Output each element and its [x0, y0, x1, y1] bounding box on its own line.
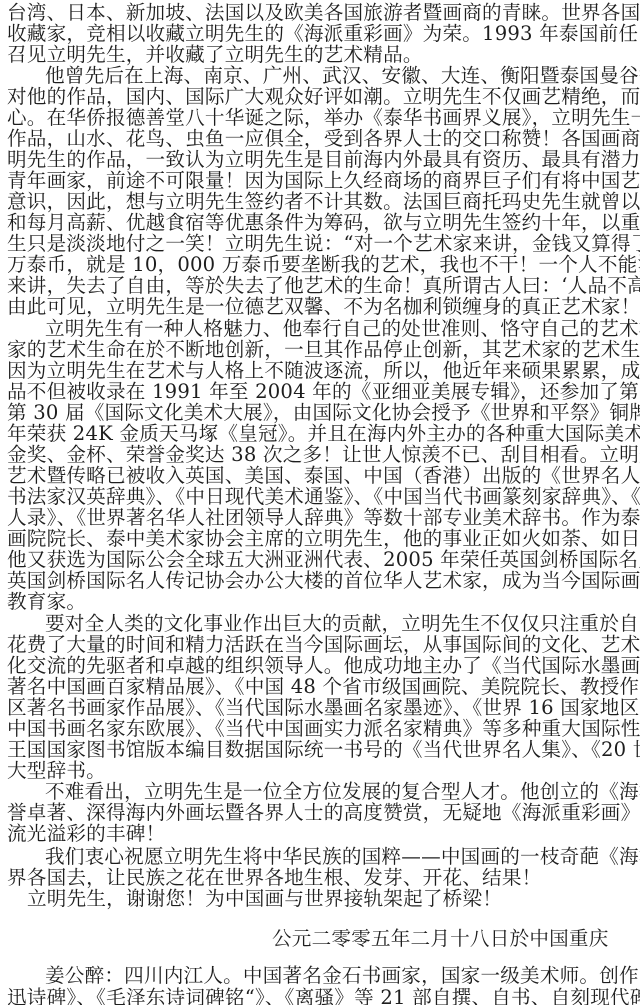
- text-line: 他曾先后在上海、南京、广州、武汉、安徽、大连、衡阳暨泰国曼谷等地多次举办个人画展…: [45, 65, 634, 86]
- text-line: 对他的作品，国内、国际广大观众好评如潮。立明先生不仅画艺精绝，而且有一颗慈善、博…: [7, 86, 634, 107]
- text-line: 立明先生，谢谢您！为中国画与世界接轨架起了桥梁！: [27, 888, 634, 909]
- text-line: 教育家。: [7, 591, 634, 612]
- text-line: 大型辞书。: [7, 760, 634, 781]
- text-line: 年荣获 24K 金质天马塚《皇冠》。并且在海内外主办的各种重大国际美术展览中荣获…: [7, 423, 634, 444]
- text-line: 区著名书画家作品展》、《当代国际水墨画名家墨迹》、《世界 16 国家地区名家精品…: [7, 697, 634, 718]
- text-line: 第 30 届《国际文化美术大展》，由国际文化协会授予《世界和平祭》铜牌 4 枚、…: [7, 402, 634, 423]
- text-line: 英国剑桥国际名人传记协会办公大楼的首位华人艺术家，成为当今国际画坛著名画家、著名…: [7, 570, 634, 591]
- text-line: 界各国去，让民族之花在世界各地生根、发芽、开花、结果！: [7, 867, 634, 888]
- text-line: 和每月高薪、优越食宿等优惠条件为筹码，欲与立明先生签约十年，以重金购买其作品。立…: [7, 212, 634, 233]
- text-line: 艺术暨传略已被收入英国、美国、泰国、中国（香港）出版的《世界名人录》、《中国当代…: [7, 465, 634, 486]
- text-line: 来讲，失去了自由，等於失去了他艺术的生命！真所谓古人曰：‘人品不高，画品亦不会高…: [7, 275, 634, 296]
- text-line: 著名中国画百家精品展》、《中国 48 个省市级国画院、美院院长、教授作品展》、《…: [7, 676, 634, 697]
- text-line: 万泰币，就是 10，000 万泰币要垄断我的艺术，我也不干！一个人不能没有自由，…: [7, 254, 634, 275]
- text-line: 生只是淡淡地付之一笑！立明先生说：“对一个艺术家来讲，金钱又算得了什么！不要讲 …: [7, 233, 634, 254]
- author-bio-line: 迅诗碑》、《毛泽东诗词碑铭“》、《离骚》等 21 部自撰、自书、自刻现代碑石铭文…: [7, 987, 634, 1005]
- text-line: 因为立明先生在艺术与人格上不随波逐流，所以，他近年来硕果累累，成就斐然：立明先生…: [7, 360, 634, 381]
- signature-date-place: 公元二零零五年二月十八日於中国重庆: [272, 928, 632, 949]
- text-line: 由此可见，立明先生是一位德艺双馨、不为名枷利锁缠身的真正艺术家！: [7, 296, 634, 317]
- text-line: 人录》、《世界著名华人社团领导人辞典》等数十部专业美术辞书。作为泰国华侨、泰国曼…: [7, 507, 634, 528]
- text-line: 画院院长、泰中美术家协会主席的立明先生，他的事业正如火如荼、如日中天！2004 …: [7, 528, 634, 549]
- text-line: 我们衷心祝愿立明先生将中华民族的国粹——中国画的一枝奇葩《海派重彩画》播种到世: [45, 846, 634, 867]
- text-line: 台湾、日本、新加坡、法国以及欧美各国旅游者暨画商的青睐。世界各国国家博物馆、艺术…: [7, 2, 634, 23]
- text-line: 作品，山水、花鸟、虫鱼一应俱全，受到各界人士的交口称赞！各国画商云集展览大厅，观…: [7, 128, 634, 149]
- text-line: 青年画家，前途不可限量！因为国际上久经商场的商界巨子们有将中国艺术家与世界接轨的…: [7, 170, 634, 191]
- text-line: 化交流的先驱者和卓越的组织领导人。他成功地主办了《当代国际水墨画名家展》、《东南…: [7, 655, 634, 676]
- text-line: 心。在华侨报德善堂八十华诞之际，举办《泰华书画界义展》，立明先生一人就义捐了 8…: [7, 107, 634, 128]
- text-line: 品不但被收录在 1991 年至 2004 年的《亚细亚美展专辑》，还参加了第 2…: [7, 381, 634, 402]
- text-line: 中国书画名家东欧展》、《当代中国画实力派名家精典》等多种重大国际性美展；出版了多…: [7, 718, 634, 739]
- text-line: 不难看出，立明先生是一位全方位发展的复合型人才。他创立的《海派重彩画》在海内外声: [45, 781, 634, 802]
- text-line: 誉卓著、深得海内外画坛暨各界人士的高度赞赏，无疑地《海派重彩画》为中国画坛树起了…: [7, 802, 634, 823]
- text-line: 意识，因此，想与立明先生签约者不计其数。法国巨商托玛史先生就曾以 1，000 万…: [7, 191, 634, 212]
- text-line: 金奖、金杯、荣誉金奖达 38 次之多！让世人惊羡不已、刮目相看。立明先生的《海派…: [7, 444, 634, 465]
- text-line: 立明先生有一种人格魅力、他奉行自己的处世准则、恪守自己的艺术格言，他认为：“艺术: [45, 318, 634, 339]
- text-line: 书法家汉英辞典》、《中日现代美术通鉴》、《中国当代书画篆刻家辞典》、《世界华人文…: [7, 486, 634, 507]
- text-line: 花费了大量的时间和精力活跃在当今国际画坛，从事国际间的文化、艺术交流活动，成为国…: [7, 634, 634, 655]
- text-line: 王国国家图书馆版本编目数据国际统一书号的《当代世界名人集》、《20 世纪中国书画…: [7, 739, 634, 760]
- text-line: 流光溢彩的丰碑！: [7, 823, 634, 844]
- text-line: 召见立明先生，并收藏了立明先生的艺术精品。: [7, 44, 634, 65]
- text-line: 要对全人类的文化事业作出巨大的贡献，立明先生不仅仅只注重於自身的辉煌。立明先生还: [45, 613, 634, 634]
- text-line: 他又获选为国际公会全球五大洲亚洲代表、2005 年荣任英国剑桥国际名人传记协会副…: [7, 549, 634, 570]
- text-line: 收藏家，竞相以收藏立明先生的《海派重彩画》为荣。1993 年泰国前任国务院总理克…: [7, 23, 634, 44]
- author-bio-line: 姜公醉：四川内江人。中国著名金石书画家，国家一级美术师。创作出《无形的丰碑》、《…: [45, 965, 634, 986]
- text-line: 家的艺术生命在於不断地创新，一旦其作品停止创新，其艺术家的艺术生命也将随之终止”…: [7, 339, 634, 360]
- text-line: 明先生的作品，一致认为立明先生是目前海内外最具有资历、最具有潜力、最具有实力的著…: [7, 149, 634, 170]
